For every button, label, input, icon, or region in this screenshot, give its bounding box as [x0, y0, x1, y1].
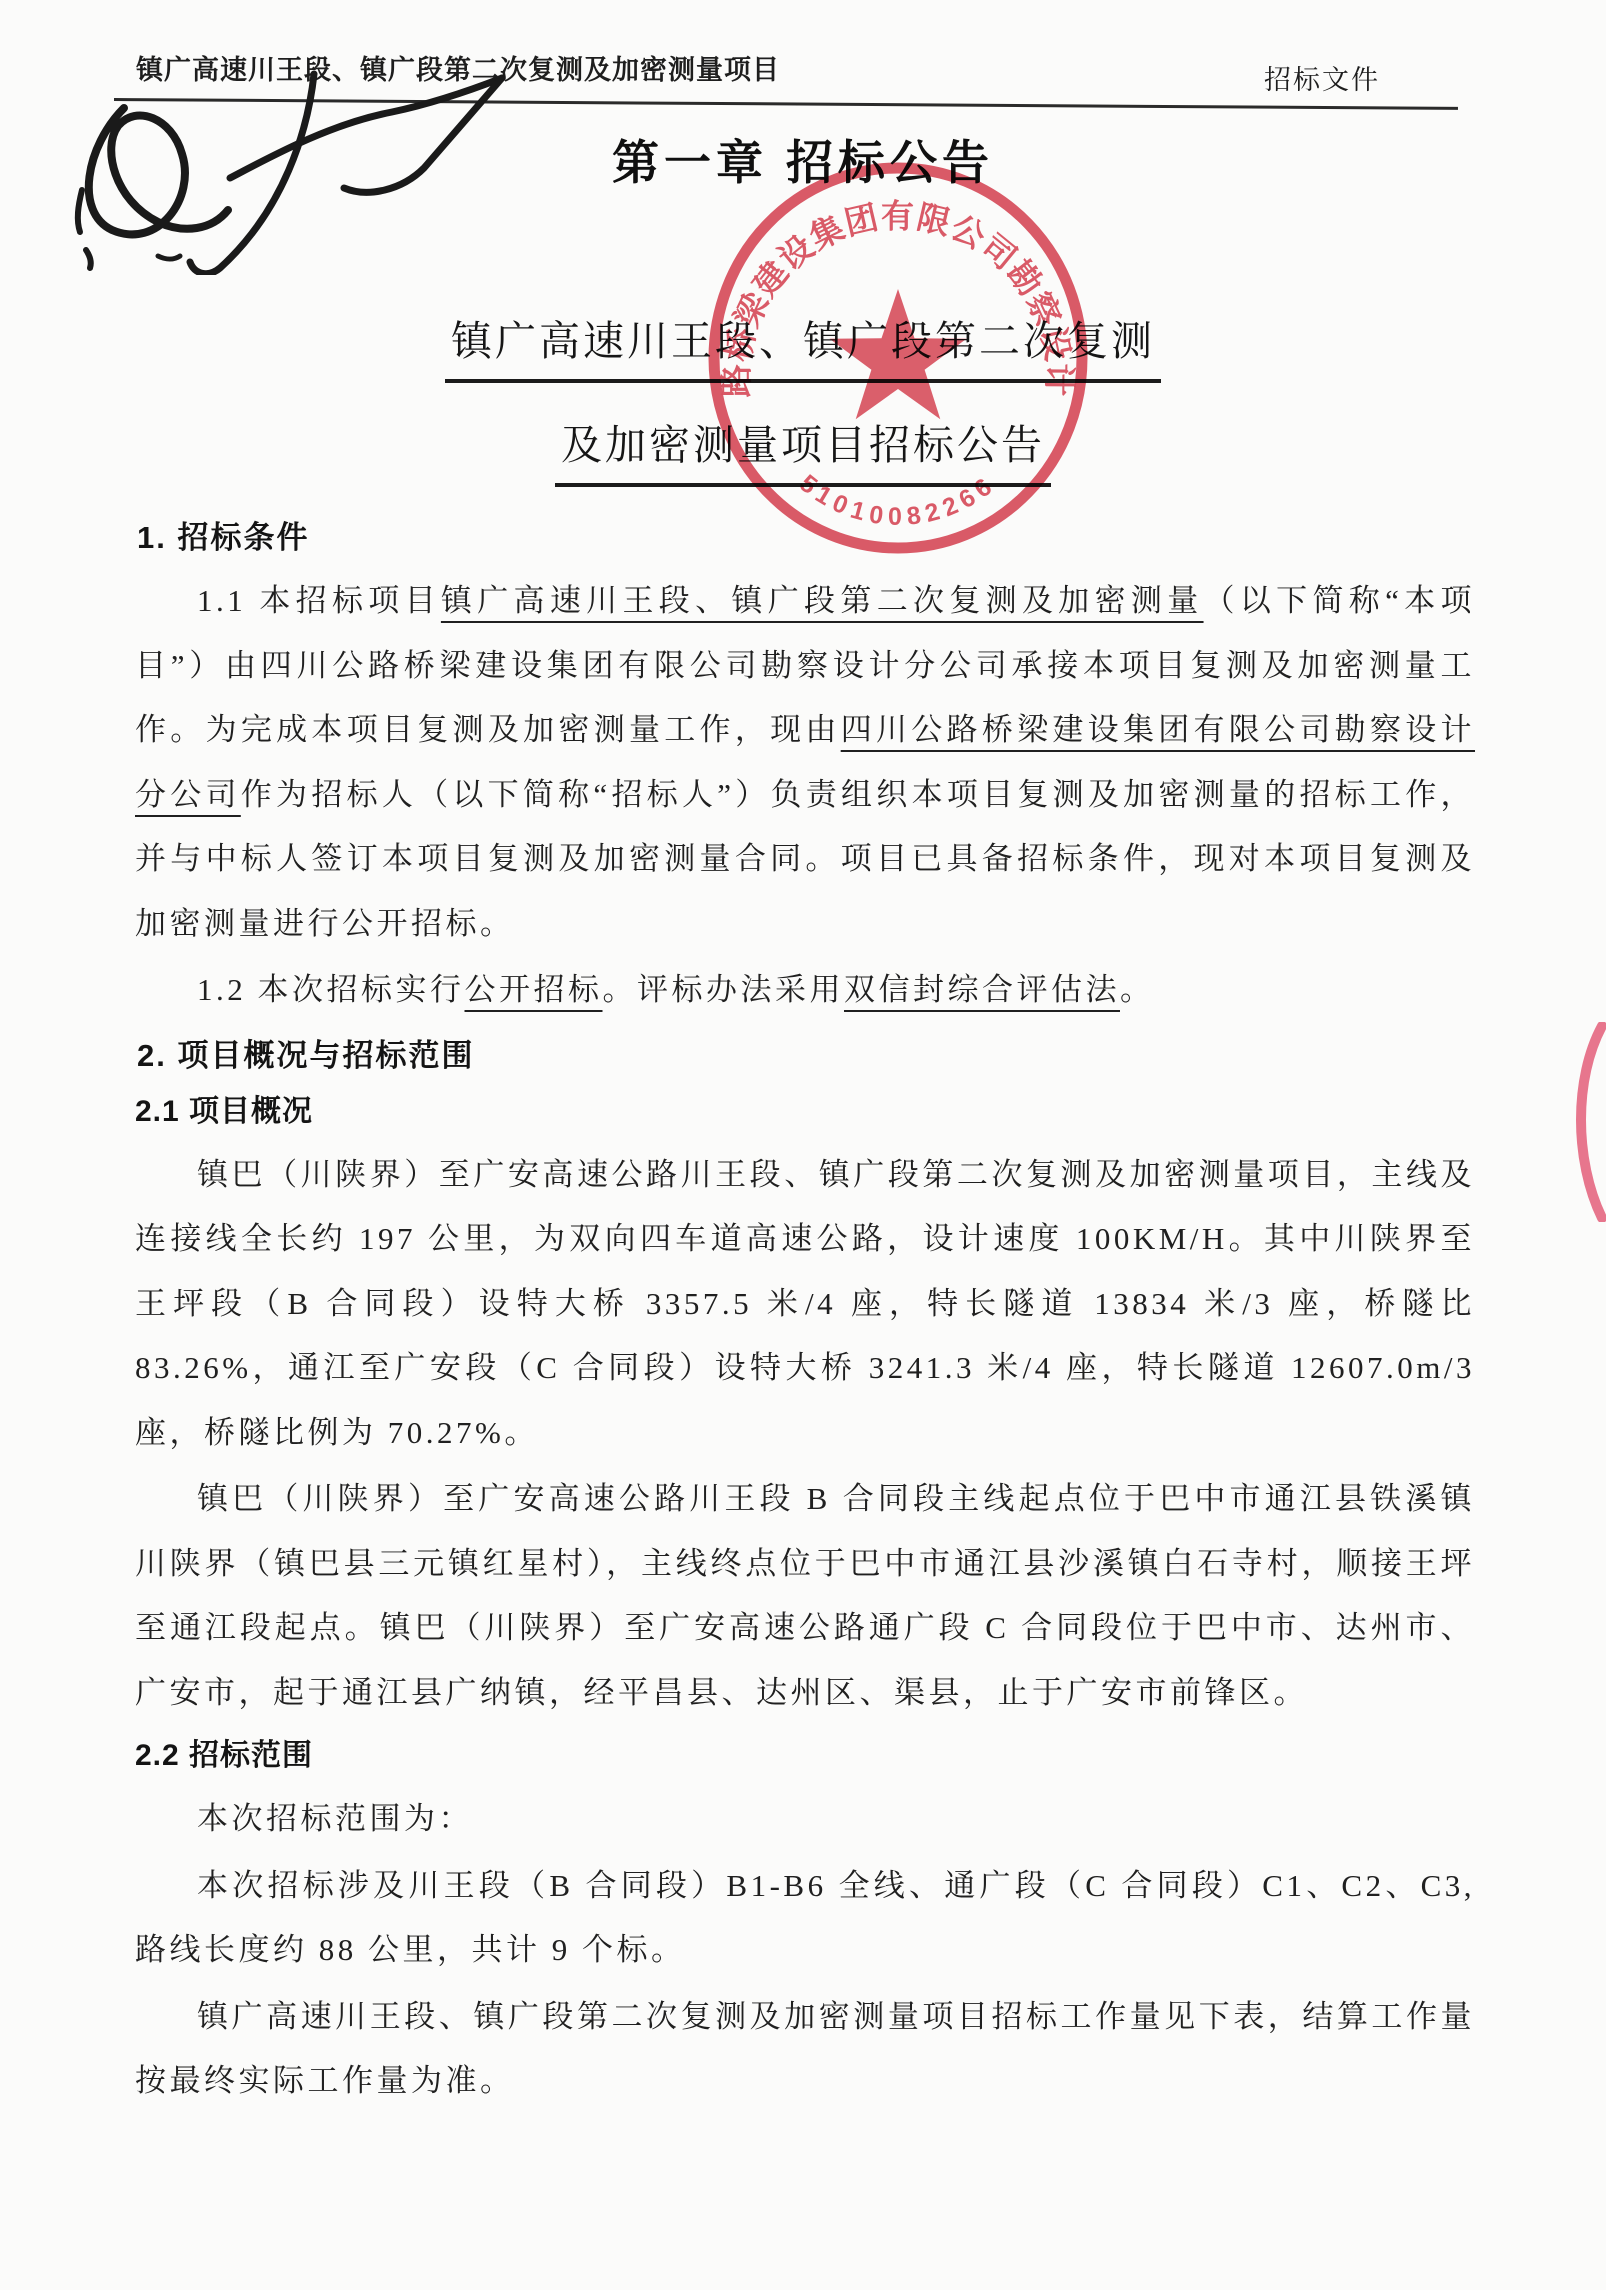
text-run: 镇巴（川陕界）至广安高速公路川王段、镇广段第二次复测及加密测量项目，主线及连接线…: [135, 1157, 1475, 1450]
text-run: 本次招标范围为：: [197, 1801, 473, 1836]
paragraph-2-1-a: 镇巴（川陕界）至广安高速公路川王段、镇广段第二次复测及加密测量项目，主线及连接线…: [135, 1143, 1475, 1466]
section-2-2-heading: 2.2 招标范围: [135, 1731, 1475, 1781]
text-run: 作为招标人（以下简称“招标人”）负责组织本项目复测及加密测量的招标工作，并与中标…: [135, 777, 1475, 941]
paragraph-2-2-b: 本次招标涉及川王段（B 合同段）B1-B6 全线、通广段（C 合同段）C1、C2…: [135, 1854, 1475, 1983]
text-run: 。评标办法采用: [603, 972, 845, 1007]
text-run: 镇广高速川王段、镇广段第二次复测及加密测量项目招标工作量见下表，结算工作量按最终…: [135, 1999, 1475, 2099]
company-seal-stamp: 四川公路桥梁建设集团有限公司勘察设计分公司 51010082266: [698, 156, 1098, 562]
underlined-text: 双信封综合评估法: [844, 972, 1120, 1007]
section-1-heading: 1. 招标条件: [137, 513, 1475, 563]
scanned-tender-document-page: 镇广高速川王段、镇广段第二次复测及加密测量项目 招标文件 第一章 招标公告 镇广…: [0, 0, 1606, 2290]
text-run: 。: [1120, 972, 1155, 1007]
paragraph-2-2-c: 镇广高速川王段、镇广段第二次复测及加密测量项目招标工作量见下表，结算工作量按最终…: [135, 1985, 1475, 2114]
seal-star: [830, 289, 967, 419]
header-doc-type: 招标文件: [1264, 58, 1380, 97]
edge-stamp-arc: [1566, 1022, 1606, 1222]
paragraph-1-2: 1.2 本次招标实行公开招标。评标办法采用双信封综合评估法。: [135, 958, 1475, 1023]
underlined-text: 镇广高速川王段、镇广段第二次复测及加密测量: [441, 583, 1204, 618]
text-run: 1.1 本招标项目: [197, 583, 441, 618]
document-sections: 1. 招标条件1.1 本招标项目镇广高速川王段、镇广段第二次复测及加密测量（以下…: [135, 505, 1475, 2116]
section-2-heading: 2. 项目概况与招标范围: [137, 1031, 1475, 1081]
underlined-text: 公开招标: [465, 972, 603, 1007]
text-run: 1.2 本次招标实行: [197, 972, 465, 1007]
paragraph-2-1-b: 镇巴（川陕界）至广安高速公路川王段 B 合同段主线起点位于巴中市通江县铁溪镇 川…: [135, 1467, 1475, 1725]
paragraph-2-2-a: 本次招标范围为：: [135, 1787, 1475, 1852]
section-2-1-heading: 2.1 项目概况: [135, 1087, 1475, 1137]
text-run: 本次招标涉及川王段（B 合同段）B1-B6 全线、通广段（C 合同段）C1、C2…: [135, 1868, 1475, 1968]
text-run: 镇巴（川陕界）至广安高速公路川王段 B 合同段主线起点位于巴中市通江县铁溪镇 川…: [135, 1481, 1475, 1710]
paragraph-1-1: 1.1 本招标项目镇广高速川王段、镇广段第二次复测及加密测量（以下简称“本项目”…: [135, 569, 1475, 956]
